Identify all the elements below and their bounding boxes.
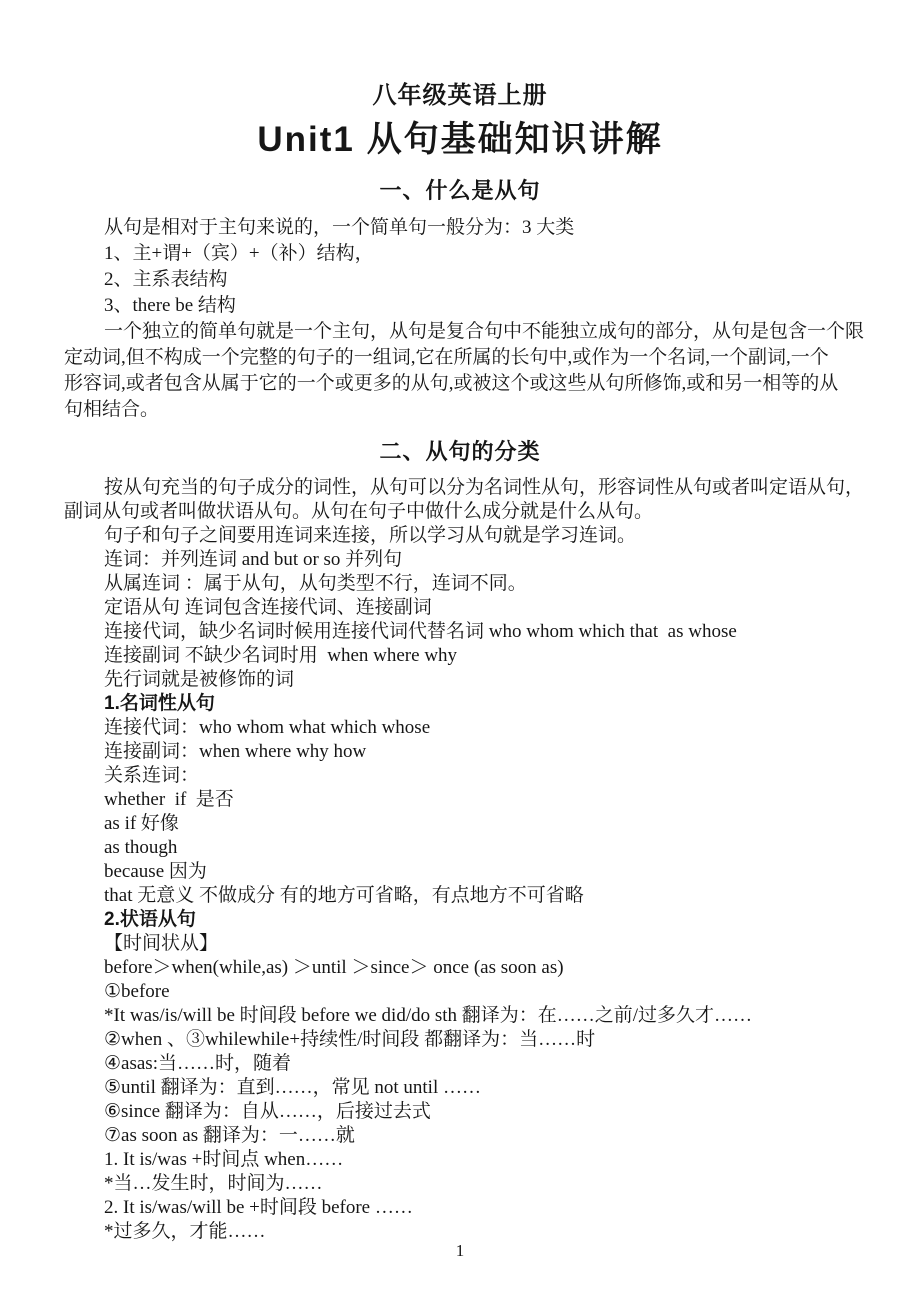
text-line: as though — [64, 836, 880, 860]
text-line: 连接副词：when where why how — [64, 740, 880, 764]
text-line: 定语从句 连词包含连接代词、连接副词 — [64, 596, 880, 620]
text-line: 先行词就是被修饰的词 — [64, 668, 880, 692]
text-line: ②when 、③whilewhile+持续性/时间段 都翻译为：当……时 — [64, 1028, 880, 1052]
text-line: 连接代词：who whom what which whose — [64, 716, 880, 740]
text-line: 从属连词 ：属于从句，从句类型不行，连词不同。 — [64, 572, 880, 596]
text-line: before＞when(while,as) ＞until ＞since＞ onc… — [64, 956, 880, 980]
text-line: 2.状语从句 — [64, 908, 880, 932]
text-line: *It was/is/will be 时间段 before we did/do … — [64, 1004, 880, 1028]
text-line: 形容词,或者包含从属于它的一个或更多的从句,或被这个或这些从句所修饰,或和另一相… — [64, 371, 880, 397]
text-line: ④asas:当……时，随着 — [64, 1052, 880, 1076]
text-line: 句子和句子之间要用连词来连接，所以学习从句就是学习连词。 — [64, 524, 880, 548]
text-line: 句相结合。 — [64, 397, 880, 423]
page-number: 1 — [0, 1240, 920, 1262]
text-line: 3、there be 结构 — [64, 293, 880, 319]
text-line: 2. It is/was/will be +时间段 before …… — [64, 1196, 880, 1220]
section-heading: 二、从句的分类 — [0, 437, 920, 467]
text-line: 连接副词 不缺少名词时用 when where why — [64, 644, 880, 668]
text-line: whether if 是否 — [64, 788, 880, 812]
text-line: 2、主系表结构 — [64, 267, 880, 293]
text-line: 一个独立的简单句就是一个主句，从句是复合句中不能独立成句的部分，从句是包含一个限 — [64, 319, 880, 345]
text-line: because 因为 — [64, 860, 880, 884]
doc-subtitle: 八年级英语上册 — [0, 82, 920, 110]
text-line: ⑤until 翻译为：直到……，常见 not until …… — [64, 1076, 880, 1100]
text-line: 从句是相对于主句来说的，一个简单句一般分为：3 大类 — [64, 215, 880, 241]
text-line: 连词：并列连词 and but or so 并列句 — [64, 548, 880, 572]
text-line: ⑦as soon as 翻译为：一……就 — [64, 1124, 880, 1148]
text-line: as if 好像 — [64, 812, 880, 836]
text-line: 副词从句或者叫做状语从句。从句在句子中做什么成分就是什么从句。 — [64, 500, 880, 524]
doc-title: Unit1 从句基础知识讲解 — [0, 118, 920, 162]
text-line: 1.名词性从句 — [64, 692, 880, 716]
text-line: 1. It is/was +时间点 when…… — [64, 1148, 880, 1172]
text-line: ⑥since 翻译为：自从……，后接过去式 — [64, 1100, 880, 1124]
document-page: 八年级英语上册 Unit1 从句基础知识讲解 一、什么是从句从句是相对于主句来说… — [0, 0, 920, 1302]
text-line: 1、主+谓+（宾）+（补）结构， — [64, 241, 880, 267]
text-line: 连接代词，缺少名词时候用连接代词代替名词 who whom which that… — [64, 620, 880, 644]
text-line: 按从句充当的句子成分的词性，从句可以分为名词性从句，形容词性从句或者叫定语从句， — [64, 476, 880, 500]
text-line: ①before — [64, 980, 880, 1004]
text-line: that 无意义 不做成分 有的地方可省略，有点地方不可省略 — [64, 884, 880, 908]
text-line: *当…发生时，时间为…… — [64, 1172, 880, 1196]
text-line: 关系连词： — [64, 764, 880, 788]
text-line: 【时间状从】 — [64, 932, 880, 956]
section-heading: 一、什么是从句 — [0, 176, 920, 206]
text-line: 定动词,但不构成一个完整的句子的一组词,它在所属的长句中,或作为一个名词,一个副… — [64, 345, 880, 371]
document-body: 一、什么是从句从句是相对于主句来说的，一个简单句一般分为：3 大类1、主+谓+（… — [0, 176, 920, 1244]
